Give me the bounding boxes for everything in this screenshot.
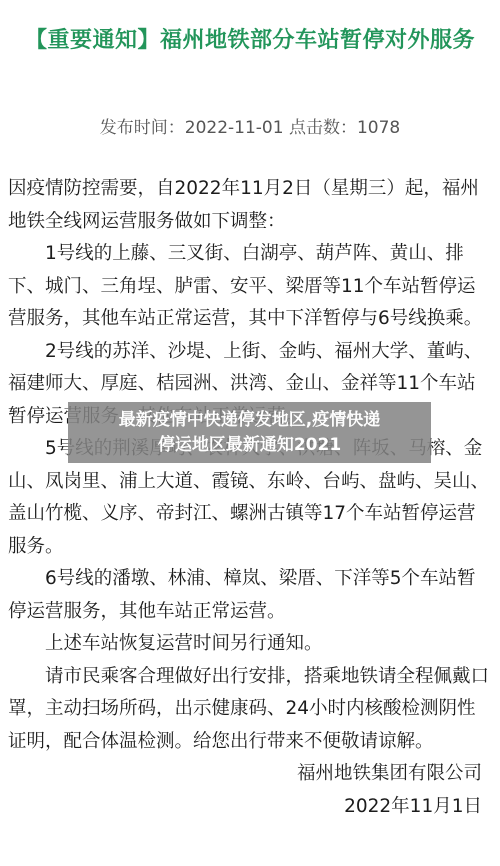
signature: 福州地铁集团有限公司 — [8, 758, 492, 791]
caption-overlay: 最新疫情中快递停发地区,疫情快递 停运地区最新通知2021 — [68, 402, 431, 463]
overlay-line-1: 最新疫情中快递停发地区,疫情快递 — [119, 408, 380, 433]
paragraph-intro: 因疫情防控需要，自2022年11月2日（星期三）起，福州地铁全线网运营服务做如下… — [8, 173, 492, 238]
paragraph-advice: 请市民乘客合理做好出行安排，搭乘地铁请全程佩戴口罩，主动扫场所码，出示健康码、2… — [8, 661, 492, 759]
overlay-line-2: 停运地区最新通知2021 — [158, 433, 341, 458]
article-body: 因疫情防控需要，自2022年11月2日（星期三）起，福州地铁全线网运营服务做如下… — [8, 173, 492, 823]
article-meta: 发布时间：2022-11-01 点击数：1078 — [0, 116, 500, 140]
date: 2022年11月1日 — [8, 791, 492, 824]
paragraph-line6: 6号线的潘墩、林浦、樟岚、梁厝、下洋等5个车站暂停运营服务，其他车站正常运营。 — [8, 563, 492, 628]
paragraph-line1: 1号线的上藤、三叉街、白湖亭、葫芦阵、黄山、排下、城门、三角埕、胪雷、安平、梁厝… — [8, 238, 492, 336]
paragraph-resume-notice: 上述车站恢复运营时间另行通知。 — [8, 628, 492, 661]
article-title: 【重要通知】福州地铁部分车站暂停对外服务 — [20, 22, 480, 60]
